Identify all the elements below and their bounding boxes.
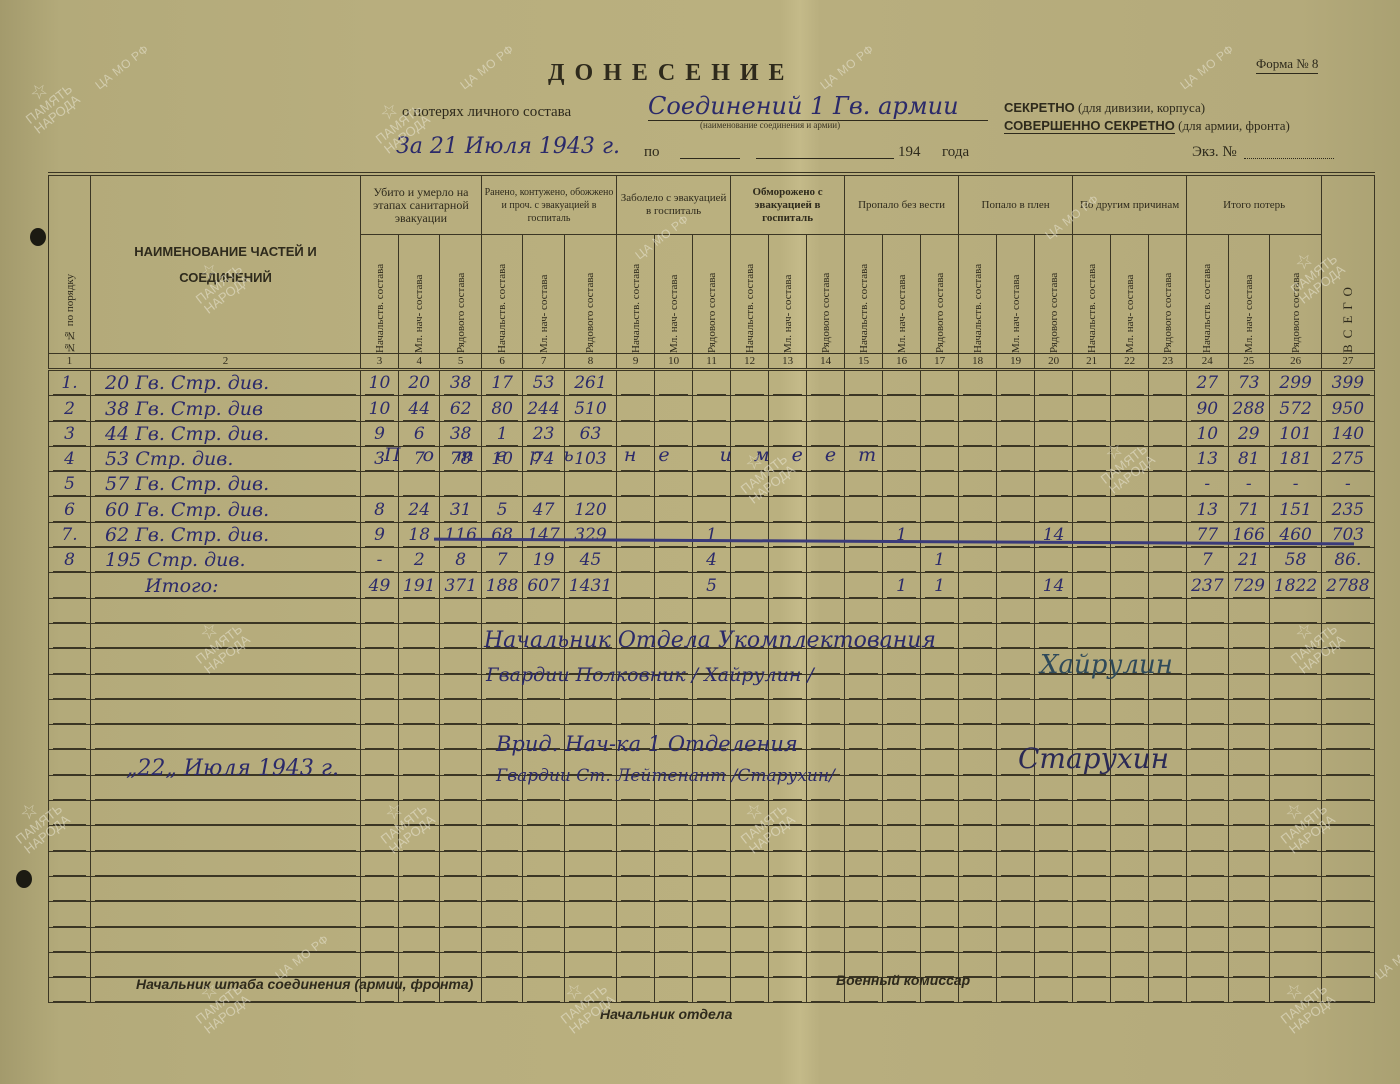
- cell-value: [731, 548, 769, 573]
- cell-value: [440, 674, 481, 699]
- cell-value: 7: [481, 548, 522, 573]
- cell-value: [440, 649, 481, 674]
- signer2-signature: Старухин: [1018, 742, 1169, 775]
- cell-value: 38: [440, 421, 481, 446]
- cell-value: 31: [440, 497, 481, 522]
- cell-value: [1187, 902, 1228, 927]
- cell-value: [845, 725, 883, 750]
- cell-value: 120: [564, 497, 616, 522]
- cell-value: [845, 699, 883, 724]
- footer-chief-of-staff: Начальник штаба соединения (армии, фронт…: [136, 976, 473, 992]
- cell-value: [1322, 775, 1374, 800]
- cell-value: [617, 952, 655, 977]
- cell-value: [1111, 851, 1149, 876]
- subheader-commanders: Начальств. состава: [845, 235, 883, 354]
- cell-value: [1228, 952, 1269, 977]
- blank-line: [756, 158, 894, 159]
- cell-value: [883, 801, 921, 826]
- cell-value: [481, 876, 522, 901]
- group-header-killed: Убито и умерло на этапах санитарной эвак…: [361, 174, 482, 235]
- cell-row-number: [49, 826, 91, 851]
- cell-value: [883, 927, 921, 952]
- cell-value: [769, 902, 807, 927]
- cell-value: [693, 396, 731, 421]
- cell-value: 950: [1322, 396, 1374, 421]
- cell-value: [1149, 851, 1187, 876]
- cell-value: [1187, 674, 1228, 699]
- cell-value: [731, 573, 769, 598]
- cell-value: 510: [564, 396, 616, 421]
- table-row-empty: [49, 598, 1375, 623]
- cell-value: [769, 598, 807, 623]
- cell-value: [481, 699, 522, 724]
- group-header-sick: Заболело с эвакуацией в госпиталь: [617, 174, 731, 235]
- column-number: 4: [399, 354, 440, 370]
- column-number: 17: [921, 354, 959, 370]
- cell-value: 13: [1187, 497, 1228, 522]
- cell-value: [617, 497, 655, 522]
- subheader-junior-commanders: Мл. нач- состава: [1111, 235, 1149, 354]
- cell-value: [1149, 978, 1187, 1003]
- table-row-empty: [49, 851, 1375, 876]
- cell-unit-name: [91, 902, 361, 927]
- cell-value: [655, 370, 693, 396]
- cell-value: 116: [440, 522, 481, 547]
- cell-value: [731, 497, 769, 522]
- cell-value: [1111, 927, 1149, 952]
- cell-value: [1035, 775, 1073, 800]
- cell-value: [1269, 927, 1321, 952]
- cell-value: [1187, 750, 1228, 775]
- cell-value: [959, 927, 997, 952]
- cell-unit-name: [91, 649, 361, 674]
- cell-value: [399, 699, 440, 724]
- cell-value: [1228, 750, 1269, 775]
- cell-value: [1187, 623, 1228, 648]
- cell-value: [1111, 952, 1149, 977]
- cell-value: [883, 548, 921, 573]
- cell-value: [997, 952, 1035, 977]
- cell-value: [769, 978, 807, 1003]
- cell-unit-name: [91, 952, 361, 977]
- cell-value: [399, 598, 440, 623]
- cell-value: [440, 927, 481, 952]
- cell-value: 237: [1187, 573, 1228, 598]
- losses-table: №№ по порядку НАИМЕНОВАНИЕ ЧАСТЕЙ И СОЕД…: [48, 172, 1375, 1003]
- cell-value: [1111, 699, 1149, 724]
- cell-value: [481, 826, 522, 851]
- cell-value: 8: [361, 497, 399, 522]
- cell-value: [883, 396, 921, 421]
- cell-value: [1322, 598, 1374, 623]
- cell-value: [921, 851, 959, 876]
- subheader-commanders: Начальств. состава: [731, 235, 769, 354]
- cell-value: [731, 826, 769, 851]
- cell-value: [399, 876, 440, 901]
- cell-value: 101: [1269, 421, 1321, 446]
- signing-date: „22„ Июля 1943 г.: [126, 756, 339, 781]
- cell-value: [959, 522, 997, 547]
- cell-value: -: [1187, 472, 1228, 497]
- cell-value: 261: [564, 370, 616, 396]
- cell-value: [769, 396, 807, 421]
- cell-value: [845, 775, 883, 800]
- cell-value: 235: [1322, 497, 1374, 522]
- group-header-missing: Пропало без вести: [845, 174, 959, 235]
- cell-value: 38: [440, 370, 481, 396]
- cell-value: 729: [1228, 573, 1269, 598]
- cell-value: [655, 598, 693, 623]
- cell-value: [731, 598, 769, 623]
- cell-value: [1073, 952, 1111, 977]
- cell-value: [564, 927, 616, 952]
- cell-value: [959, 801, 997, 826]
- cell-value: [769, 927, 807, 952]
- cell-value: [481, 978, 522, 1003]
- cell-value: [1187, 775, 1228, 800]
- cell-value: [769, 472, 807, 497]
- cell-value: [617, 421, 655, 446]
- cell-value: [845, 497, 883, 522]
- cell-value: -: [361, 548, 399, 573]
- cell-value: [731, 522, 769, 547]
- cell-value: [731, 978, 769, 1003]
- cell-value: [1187, 978, 1228, 1003]
- cell-unit-name: [91, 674, 361, 699]
- cell-value: [617, 699, 655, 724]
- column-number: 23: [1149, 354, 1187, 370]
- cell-value: [959, 623, 997, 648]
- cell-value: [807, 573, 845, 598]
- column-number: 3: [361, 354, 399, 370]
- cell-value: [1269, 801, 1321, 826]
- cell-value: [731, 876, 769, 901]
- cell-value: [1149, 497, 1187, 522]
- cell-value: [959, 674, 997, 699]
- table-row-empty: [49, 902, 1375, 927]
- cell-value: [655, 927, 693, 952]
- cell-value: [807, 598, 845, 623]
- cell-value: [997, 522, 1035, 547]
- cell-value: [617, 522, 655, 547]
- cell-value: -: [1269, 472, 1321, 497]
- cell-value: [361, 902, 399, 927]
- cell-value: [361, 725, 399, 750]
- cell-value: 9: [361, 522, 399, 547]
- group-header-captured: Попало в плен: [959, 174, 1073, 235]
- cell-value: [617, 978, 655, 1003]
- cell-value: [1187, 801, 1228, 826]
- cell-value: [523, 472, 564, 497]
- copy-number-blank: [1244, 158, 1334, 159]
- cell-unit-name: [91, 851, 361, 876]
- cell-value: 1822: [1269, 573, 1321, 598]
- cell-value: [1073, 775, 1111, 800]
- cell-value: [481, 472, 522, 497]
- cell-value: [1149, 699, 1187, 724]
- cell-value: 607: [523, 573, 564, 598]
- copy-number-label: Экз. №: [1192, 144, 1237, 161]
- signer1-title: Начальник Отдела Укомплектования: [484, 628, 936, 653]
- cell-value: 62: [440, 396, 481, 421]
- cell-value: [1269, 826, 1321, 851]
- cell-value: [1111, 775, 1149, 800]
- cell-value: [997, 927, 1035, 952]
- cell-value: [769, 548, 807, 573]
- cell-row-number: [49, 649, 91, 674]
- subheader-rank-and-file: Рядового состава: [1149, 235, 1187, 354]
- cell-value: [1035, 851, 1073, 876]
- cell-unit-name: 20 Гв. Стр. див.: [91, 370, 361, 396]
- cell-value: [361, 851, 399, 876]
- cell-value: [1073, 978, 1111, 1003]
- cell-value: [997, 826, 1035, 851]
- cell-value: [921, 927, 959, 952]
- cell-value: [693, 421, 731, 446]
- subheader-rank-and-file: Рядового состава: [1035, 235, 1073, 354]
- footer-commissar: Военный комиссар: [836, 972, 970, 988]
- cell-value: 58: [1269, 548, 1321, 573]
- subheader-junior-commanders: Мл. нач- состава: [523, 235, 564, 354]
- cell-value: 5: [481, 497, 522, 522]
- cell-unit-name: [91, 699, 361, 724]
- cell-value: [921, 396, 959, 421]
- cell-value: [361, 801, 399, 826]
- cell-value: [693, 598, 731, 623]
- cell-row-number: 5: [49, 472, 91, 497]
- cell-value: [1073, 851, 1111, 876]
- cell-value: [1228, 851, 1269, 876]
- cell-value: [361, 699, 399, 724]
- cell-row-number: [49, 674, 91, 699]
- cell-value: [361, 598, 399, 623]
- cell-value: [807, 421, 845, 446]
- cell-value: [1073, 446, 1111, 471]
- cell-value: [845, 902, 883, 927]
- cell-value: [921, 472, 959, 497]
- cell-unit-name: [91, 826, 361, 851]
- cell-value: 17: [481, 370, 522, 396]
- cell-value: [959, 472, 997, 497]
- column-number: 20: [1035, 354, 1073, 370]
- cell-value: [1187, 927, 1228, 952]
- cell-value: [1187, 826, 1228, 851]
- cell-value: [361, 674, 399, 699]
- cell-value: 1: [921, 573, 959, 598]
- cell-value: [1269, 902, 1321, 927]
- cell-value: [1228, 801, 1269, 826]
- cell-value: [523, 876, 564, 901]
- cell-value: [997, 851, 1035, 876]
- cell-value: [564, 952, 616, 977]
- cell-value: [693, 952, 731, 977]
- footer-department-head: Начальник отдела: [600, 1006, 732, 1022]
- cell-value: [921, 674, 959, 699]
- cell-value: [440, 775, 481, 800]
- cell-value: [1149, 801, 1187, 826]
- cell-value: [655, 421, 693, 446]
- cell-value: [1269, 851, 1321, 876]
- cell-value: [361, 952, 399, 977]
- column-number: 5: [440, 354, 481, 370]
- cell-value: [1111, 978, 1149, 1003]
- cell-value: [807, 927, 845, 952]
- table-row: 557 Гв. Стр. див.----: [49, 472, 1375, 497]
- cell-row-number: [49, 876, 91, 901]
- cell-value: [1073, 497, 1111, 522]
- cell-value: [440, 801, 481, 826]
- cell-value: [1228, 826, 1269, 851]
- cell-value: [564, 801, 616, 826]
- cell-row-number: 1.: [49, 370, 91, 396]
- cell-value: [1073, 902, 1111, 927]
- cell-value: [523, 826, 564, 851]
- cell-value: [693, 876, 731, 901]
- cell-unit-name: 62 Гв. Стр. див.: [91, 522, 361, 547]
- cell-value: 1: [481, 421, 522, 446]
- cell-value: [1149, 573, 1187, 598]
- cell-value: 188: [481, 573, 522, 598]
- cell-value: [1187, 649, 1228, 674]
- cell-value: [1149, 472, 1187, 497]
- cell-value: [1073, 370, 1111, 396]
- cell-value: [1322, 876, 1374, 901]
- cell-value: [1111, 826, 1149, 851]
- cell-value: [1111, 548, 1149, 573]
- cell-value: [655, 699, 693, 724]
- cell-value: [1035, 952, 1073, 977]
- cell-value: [959, 370, 997, 396]
- cell-value: [1269, 699, 1321, 724]
- cell-value: [1187, 598, 1228, 623]
- table-row-empty: [49, 699, 1375, 724]
- cell-value: [440, 472, 481, 497]
- cell-value: [845, 370, 883, 396]
- cell-value: 4: [693, 548, 731, 573]
- cell-value: [1187, 699, 1228, 724]
- cell-unit-name: 57 Гв. Стр. див.: [91, 472, 361, 497]
- cell-value: [959, 775, 997, 800]
- cell-value: 147: [523, 522, 564, 547]
- cell-value: [1035, 472, 1073, 497]
- cell-value: [1187, 876, 1228, 901]
- cell-value: [1111, 396, 1149, 421]
- cell-value: [481, 851, 522, 876]
- cell-value: [807, 548, 845, 573]
- cell-value: [1228, 775, 1269, 800]
- cell-value: [440, 952, 481, 977]
- cell-value: [1035, 927, 1073, 952]
- column-number: 9: [617, 354, 655, 370]
- cell-value: [1073, 472, 1111, 497]
- cell-value: 371: [440, 573, 481, 598]
- group-header-wounded: Ранено, контужено, обожжено и проч. с эв…: [481, 174, 616, 235]
- cell-value: [1035, 801, 1073, 826]
- cell-value: [769, 421, 807, 446]
- cell-value: [655, 978, 693, 1003]
- cell-value: [564, 826, 616, 851]
- cell-row-number: [49, 902, 91, 927]
- cell-value: 275: [1322, 446, 1374, 471]
- cell-value: [997, 497, 1035, 522]
- cell-unit-name: 38 Гв. Стр. див: [91, 396, 361, 421]
- cell-value: [769, 699, 807, 724]
- cell-value: [807, 876, 845, 901]
- column-number: 16: [883, 354, 921, 370]
- cell-value: [481, 952, 522, 977]
- cell-value: [769, 522, 807, 547]
- cell-value: [921, 826, 959, 851]
- cell-value: 18: [399, 522, 440, 547]
- cell-value: [693, 497, 731, 522]
- subheader-rank-and-file: Рядового состава: [1269, 235, 1321, 354]
- cell-row-number: [49, 952, 91, 977]
- cell-value: 191: [399, 573, 440, 598]
- cell-value: [655, 497, 693, 522]
- cell-value: [959, 826, 997, 851]
- cell-value: [1228, 978, 1269, 1003]
- cell-value: [1322, 699, 1374, 724]
- cell-value: [1228, 674, 1269, 699]
- cell-value: [921, 421, 959, 446]
- cell-value: [523, 851, 564, 876]
- cell-value: 2788: [1322, 573, 1374, 598]
- cell-value: [959, 750, 997, 775]
- cell-value: 86.: [1322, 548, 1374, 573]
- cell-value: 13: [1187, 446, 1228, 471]
- cell-value: [440, 851, 481, 876]
- cell-value: [883, 497, 921, 522]
- cell-value: [655, 952, 693, 977]
- cell-value: [399, 649, 440, 674]
- cell-value: 5: [693, 573, 731, 598]
- cell-value: [959, 548, 997, 573]
- document-title: ДОНЕСЕНИЕ: [548, 60, 795, 87]
- cell-value: [997, 598, 1035, 623]
- cell-value: [769, 876, 807, 901]
- cell-value: [845, 396, 883, 421]
- cell-value: 1: [883, 522, 921, 547]
- table-row: 238 Гв. Стр. див104462802445109028857295…: [49, 396, 1375, 421]
- cell-value: [1111, 876, 1149, 901]
- subheader-rank-and-file: Рядового состава: [807, 235, 845, 354]
- cell-value: [883, 851, 921, 876]
- cell-value: [523, 902, 564, 927]
- subheader-junior-commanders: Мл. нач- состава: [399, 235, 440, 354]
- column-number: 19: [997, 354, 1035, 370]
- cell-value: [959, 699, 997, 724]
- cell-value: [1073, 623, 1111, 648]
- cell-value: [1149, 623, 1187, 648]
- cell-value: [731, 370, 769, 396]
- cell-value: [1322, 826, 1374, 851]
- cell-value: [1149, 421, 1187, 446]
- cell-unit-name: [91, 876, 361, 901]
- subheader-rank-and-file: Рядового состава: [921, 235, 959, 354]
- cell-row-number: [49, 598, 91, 623]
- cell-value: [693, 851, 731, 876]
- cell-value: [617, 826, 655, 851]
- signer1-name: Гвардии Полковник / Хайрулин /: [486, 664, 814, 686]
- col-header-number: №№ по порядку: [49, 174, 91, 354]
- cell-value: 6: [399, 421, 440, 446]
- cell-value: [1269, 623, 1321, 648]
- cell-value: [617, 370, 655, 396]
- cell-value: [361, 750, 399, 775]
- cell-value: [1149, 927, 1187, 952]
- cell-value: [921, 522, 959, 547]
- cell-value: [997, 370, 1035, 396]
